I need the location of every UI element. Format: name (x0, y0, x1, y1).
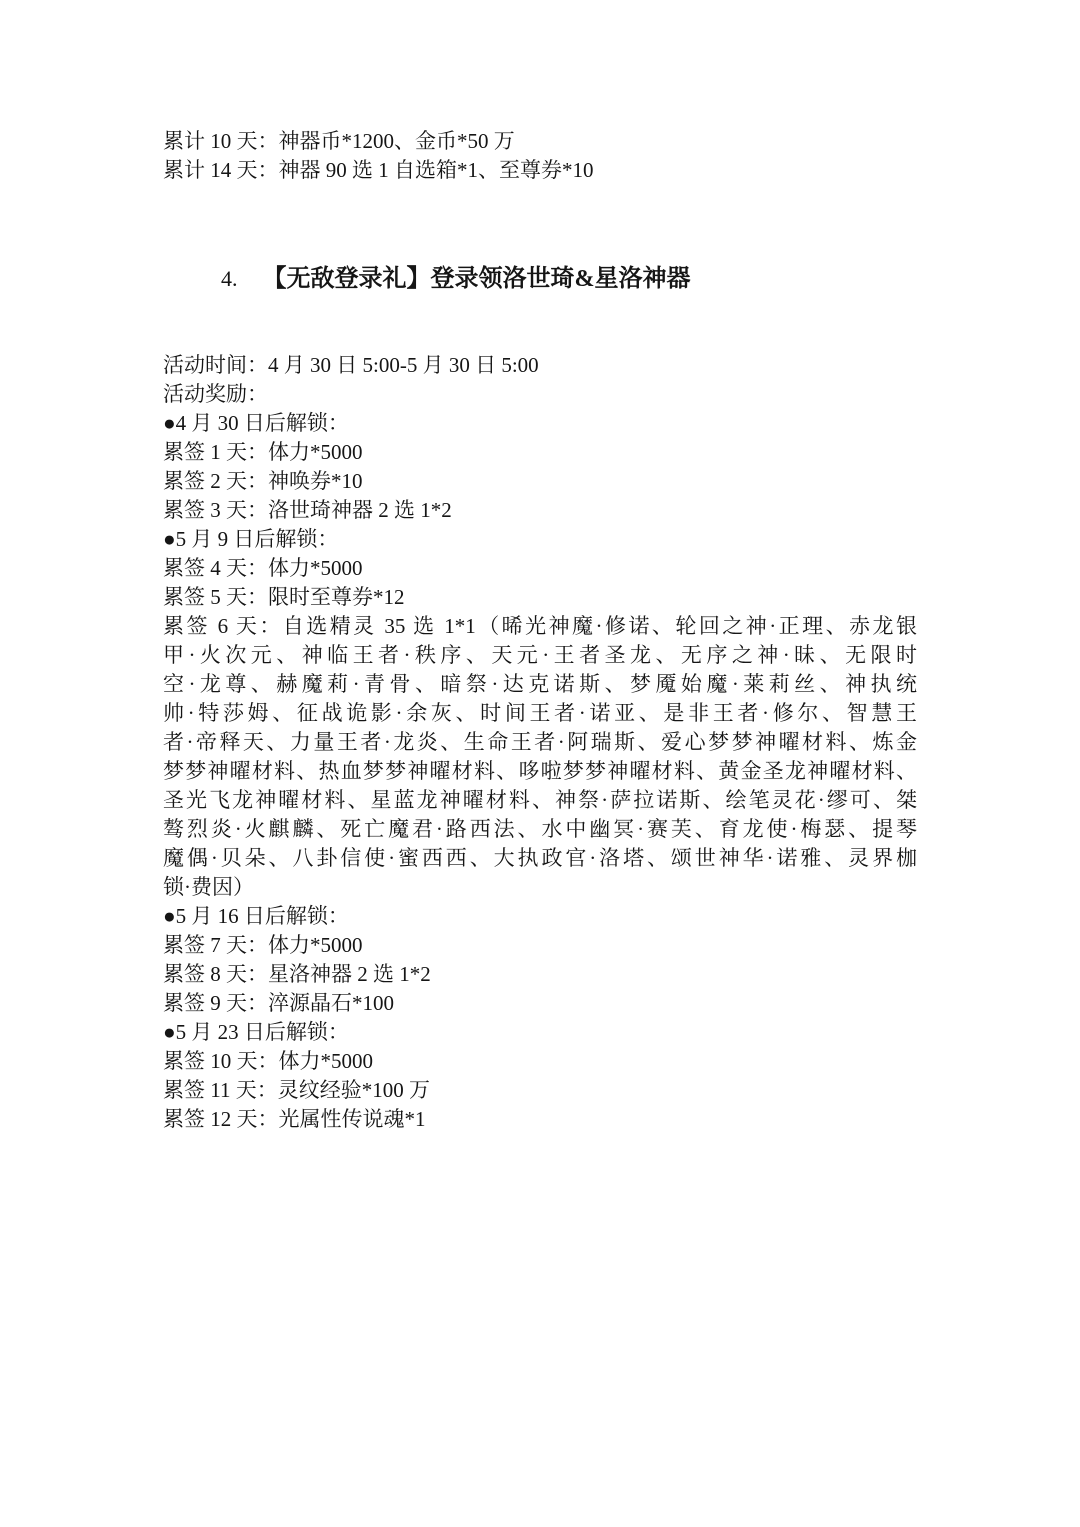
event-details-block: 活动时间：4 月 30 日 5:00-5 月 30 日 5:00活动奖励：●4 … (163, 351, 917, 1134)
text-line: 累计 10 天：神器币*1200、金币*50 万 (163, 127, 917, 156)
text-line: 骜烈炎·火麒麟、死亡魔君·路西法、水中幽冥·赛芙、育龙使·梅瑟、提琴 (163, 815, 917, 844)
text-line: 累签 2 天：神唤券*10 (163, 467, 917, 496)
text-line: 累计 14 天：神器 90 选 1 自选箱*1、至尊券*10 (163, 156, 917, 185)
section-number: 4. (221, 263, 238, 295)
text-line: 梦梦神曜材料、热血梦梦神曜材料、哆啦梦梦神曜材料、黄金圣龙神曜材料、 (163, 757, 917, 786)
text-line: 累签 7 天：体力*5000 (163, 931, 917, 960)
text-line: 者·帝释天、力量王者·龙炎、生命王者·阿瑞斯、爱心梦梦神曜材料、炼金 (163, 728, 917, 757)
text-line: 圣光飞龙神曜材料、星蓝龙神曜材料、神祭·萨拉诺斯、绘笔灵花·缪可、桀 (163, 786, 917, 815)
cumulative-rewards-block: 累计 10 天：神器币*1200、金币*50 万累计 14 天：神器 90 选 … (163, 127, 917, 185)
text-line: 累签 10 天：体力*5000 (163, 1047, 917, 1076)
text-line: 活动奖励： (163, 380, 917, 409)
text-line: ●5 月 9 日后解锁： (163, 525, 917, 554)
text-line: ●5 月 16 日后解锁： (163, 902, 917, 931)
text-line: ●4 月 30 日后解锁： (163, 409, 917, 438)
text-line: 累签 6 天：自选精灵 35 选 1*1（晞光神魔·修诺、轮回之神·正理、赤龙银 (163, 612, 917, 641)
text-line: 累签 4 天：体力*5000 (163, 554, 917, 583)
section-title: 【无敌登录礼】登录领洛世琦&星洛神器 (263, 266, 691, 292)
text-line: 甲·火次元、神临王者·秩序、天元·王者圣龙、无序之神·昧、无限时 (163, 641, 917, 670)
text-line: 魔偶·贝朵、八卦信使·蜜西西、大执政官·洛塔、颂世神华·诺雅、灵界枷 (163, 844, 917, 873)
text-line: 帅·特莎姆、征战诡影·余灰、时间王者·诺亚、是非王者·修尔、智慧王 (163, 699, 917, 728)
text-line: 累签 8 天：星洛神器 2 选 1*2 (163, 960, 917, 989)
text-line: 活动时间：4 月 30 日 5:00-5 月 30 日 5:00 (163, 351, 917, 380)
text-line: 空·龙尊、赫魔莉·青骨、暗祭·达克诺斯、梦魇始魔·莱莉丝、神执统 (163, 670, 917, 699)
section-heading: 4.【无敌登录礼】登录领洛世琦&星洛神器 (163, 231, 917, 327)
text-line: 累签 3 天：洛世琦神器 2 选 1*2 (163, 496, 917, 525)
text-line: 累签 5 天：限时至尊券*12 (163, 583, 917, 612)
text-line: 累签 12 天：光属性传说魂*1 (163, 1105, 917, 1134)
text-line: 累签 11 天：灵纹经验*100 万 (163, 1076, 917, 1105)
text-line: 累签 1 天：体力*5000 (163, 438, 917, 467)
text-line: 累签 9 天：淬源晶石*100 (163, 989, 917, 1018)
document-page: 累计 10 天：神器币*1200、金币*50 万累计 14 天：神器 90 选 … (0, 0, 1080, 1527)
text-line: 锁·费因） (163, 873, 917, 902)
text-line: ●5 月 23 日后解锁： (163, 1018, 917, 1047)
